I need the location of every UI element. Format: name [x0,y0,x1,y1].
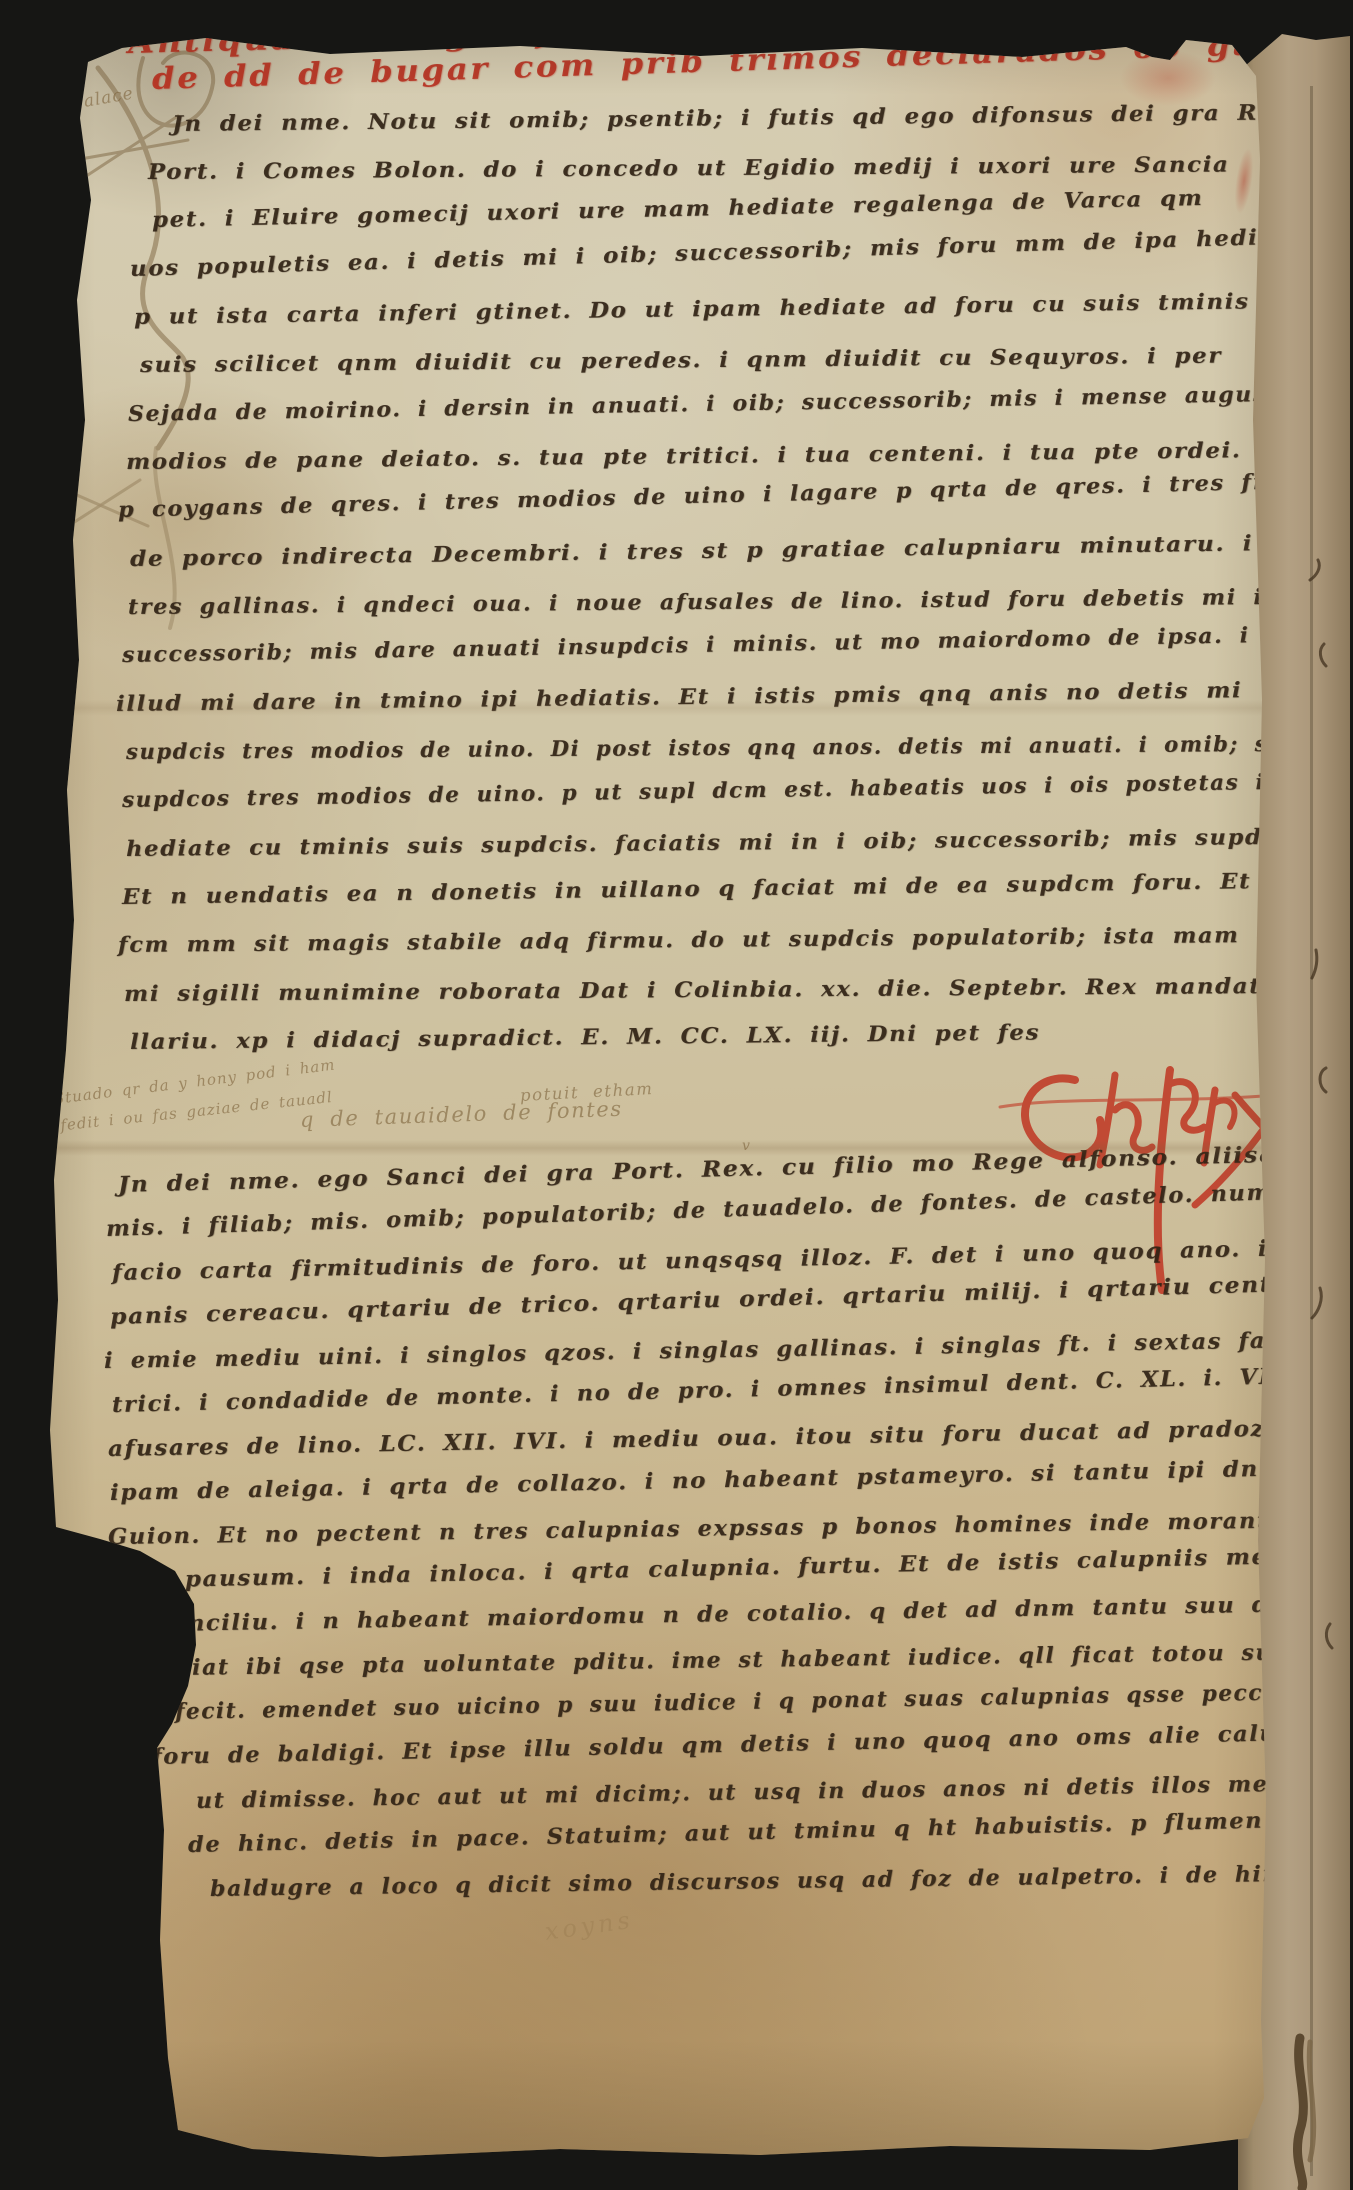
charter1-line: successorib; mis dare anuati insupdcis i… [122,621,1353,668]
charter2-line: de hinc. detis in pace. Statuim; aut ut … [188,1805,1353,1858]
margin-note-left-2: de [22,371,42,388]
charter1-line: supdcis tres modios de uino. Di post ist… [126,731,1353,765]
charter2-line: i si fecit. emendet suo uicino p suu iud… [110,1677,1353,1726]
charter1-line: p coygans de qres. i tres modios de uino… [118,468,1340,523]
charter2-line: ut dimisse. hoc aut ut mi dicim;. ut usq… [196,1769,1353,1814]
charter1-line: suis scilicet qnm diuidit cu peredes. i … [140,344,1222,378]
charter2-line: baldugre a loco q dicit simo discursos u… [210,1859,1353,1902]
red-ink-blot [1120,50,1216,106]
charter1-line: llariu. xp i didacj supradict. E. M. CC.… [130,1020,1040,1055]
charter1-line: p ut ista carta inferi gtinet. Do ut ipa… [134,289,1250,330]
charter2-line: diu. pausum. i inda inloca. i qrta calup… [112,1542,1353,1594]
charter1-line: fcm mm sit magis stabile adq firmu. do u… [118,922,1353,958]
rubric-line-1: Antiqua de bagio foralle q q do deu elRe… [128,0,1353,61]
charter1-line: mi sigilli munimine roborata Dat i Colin… [124,973,1353,1007]
charter1-line: pet. i Eluire gomecij uxori ure mam hedi… [152,186,1204,233]
parchment-page: Antiqua de bagio foralle q q do deu elRe… [0,0,1353,2190]
charter2-line: ipam de aleiga. i qrta de collazo. i no … [110,1453,1353,1506]
charter1-line: hediate cu tminis suis supdcis. faciatis… [126,824,1353,862]
charter1-line: uos populetis ea. i detis mi i oib; succ… [130,224,1304,282]
caret-mark: v [742,1138,751,1154]
charter1-line: Port. i Comes Bolon. do i concedo ut Egi… [148,152,1230,185]
charter1-line: modios de pane deiato. s. tua pte tritic… [126,438,1276,475]
parchment-tassel [1266,2030,1346,2190]
margin-note-left-1: alde [15,330,50,348]
charter2-line: afusares de lino. LC. XII. IVI. i mediu … [108,1414,1353,1462]
charter1-line: Jn dei nme. Notu sit omib; psentib; i fu… [172,100,1290,137]
charter1-line: supdcos tres modios de uino. p ut supl d… [122,767,1353,813]
charter1-line: de porco indirecta Decembri. i tres st p… [130,531,1254,572]
faded-archival-note: q de tauaidelo de fontes [300,1097,623,1132]
charter1-line: illud mi dare in tmino ipi hediatis. Et … [116,678,1243,717]
charter1-line: Sejada de moirino. i dersin in anuati. i… [128,380,1353,427]
manuscript-photo: Antiqua de bagio foralle q q do deu elRe… [0,0,1353,2190]
charter2-line: ad conciliu. i n habeant maiordomu n de … [106,1588,1353,1638]
charter2-line: foru de baldigi. Et ipse illu soldu qm d… [152,1718,1353,1770]
charter1-line: Et n uendatis ea n donetis in uillano q … [122,868,1353,910]
charter2-line: no faciat ibi qse pta uoluntate pditu. i… [100,1638,1353,1682]
bottom-ink-smudge: xoyns [543,1906,635,1946]
red-edge-smear [1231,147,1256,215]
rubric-line-2: de dd de bugar com prib trimos declarado… [151,28,1250,97]
margin-note-left-3: mai [13,405,43,423]
charter2-line: Guion. Et no pectent n tres calupnias ex… [108,1506,1353,1550]
charter1-line: tres gallinas. i qndeci oua. i noue afus… [128,584,1334,620]
